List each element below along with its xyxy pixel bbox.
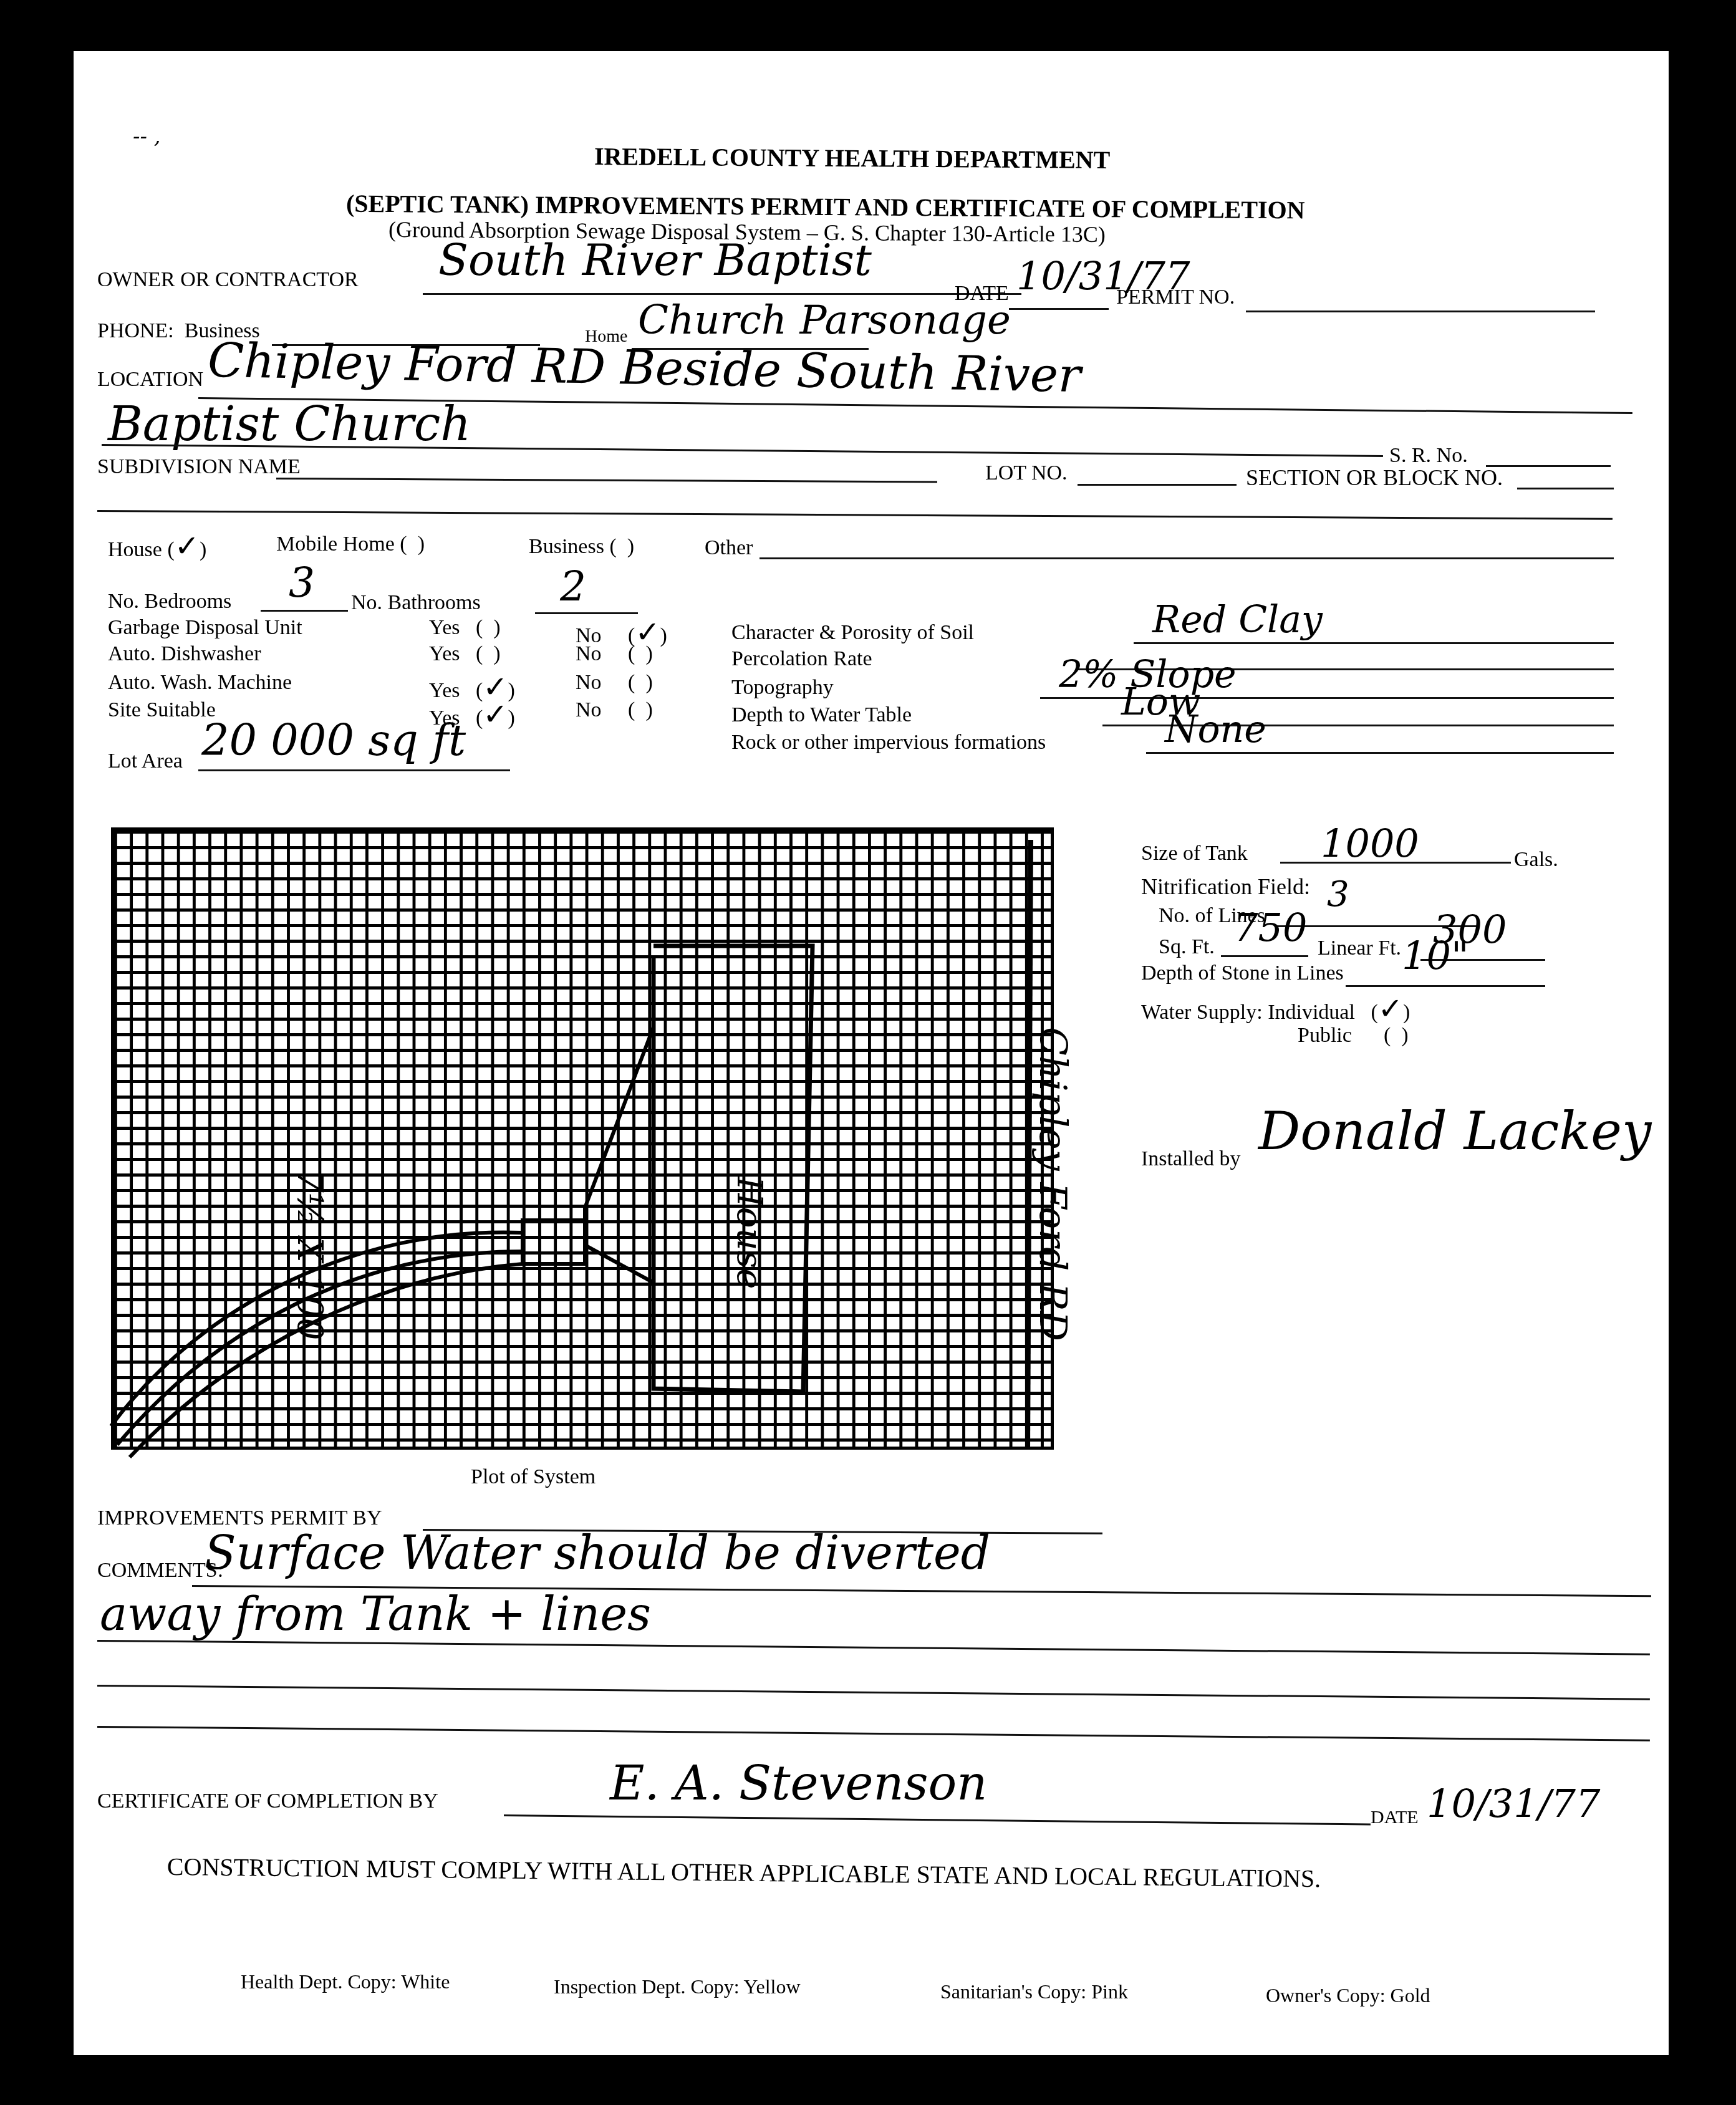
agency-name: IREDELL COUNTY HEALTH DEPARTMENT [594,144,1111,173]
installed-by-label: Installed by [1141,1149,1241,1170]
home-phone-field[interactable]: Church Parsonage [638,301,1011,340]
soil-item-label: Percolation Rate [731,648,872,670]
soil-item-label: Rock or other impervious formations [731,732,1046,753]
business-label: Business [529,535,604,558]
soil-item-label: Topography [731,677,834,698]
owner-label: OWNER OR CONTRACTOR [97,269,359,291]
lot-area-field[interactable]: 20 000 sq ft [201,718,466,762]
bathrooms-label: No. Bathrooms [351,592,481,614]
phone-label-text: PHONE: [97,319,174,342]
tank-size-label: Size of Tank [1141,843,1248,864]
sr-no-label: S. R. No. [1389,445,1468,466]
bathrooms-field[interactable]: 2 [560,566,586,607]
copy-pink: Sanitarian's Copy: Pink [940,1982,1128,2001]
individual-label: Individual [1268,1001,1355,1024]
individual-checkmark-icon: ✓ [1378,991,1403,1026]
no-label: No [576,642,602,665]
stone-depth-field[interactable]: 10" [1402,937,1468,975]
nitrification-field-label: Nitrification Field: [1141,875,1310,898]
certificate-date-label: DATE [1371,1808,1419,1827]
soil-item-value[interactable]: None [1165,711,1266,748]
house-annotation: House [729,1176,769,1289]
sq-ft-label: Sq. Ft. [1159,937,1215,958]
no-option[interactable]: No ( ) [576,643,653,665]
water-supply-label: Water Supply: [1141,1001,1263,1024]
yes-checkmark-icon: ✓ [483,697,508,732]
location-field-line2[interactable]: Baptist Church [108,400,471,448]
location-label: LOCATION [97,369,203,390]
corner-mark: -- , [133,126,161,147]
field-lines-annotation: 7½ X 100 [289,1170,330,1340]
bedrooms-field[interactable]: 3 [289,562,315,604]
installed-by-field[interactable]: Donald Lackey [1258,1105,1651,1157]
lot-no-label: LOT NO. [985,463,1068,484]
bedrooms-label: No. Bedrooms [108,591,231,612]
yes-no-item-label: Garbage Disposal Unit [108,617,302,638]
pipe-line [585,1027,653,1283]
water-supply-individual[interactable]: Water Supply: Individual (✓) [1141,994,1410,1024]
permit-by-label: IMPROVEMENTS PERMIT BY [97,1508,382,1529]
comments-field-line2[interactable]: away from Tank + lines [100,1591,651,1637]
water-supply-public[interactable]: Public ( ) [1298,1025,1409,1046]
permit-no-label: PERMIT NO. [1116,287,1235,308]
building-type-house[interactable]: House (✓) [108,531,206,561]
comments-field-line1[interactable]: Surface Water should be diverted [205,1530,990,1576]
stone-depth-label: Depth of Stone in Lines [1141,963,1344,984]
tank-size-field[interactable]: 1000 [1321,824,1419,863]
yes-no-item-label: Site Suitable [108,700,216,721]
tank-size-unit: Gals. [1514,849,1558,870]
permit-form-page: -- , IREDELL COUNTY HEALTH DEPARTMENT (S… [74,51,1669,2055]
plot-drawing: 7½ X 100 House Chipley Ford RD [111,827,1054,1450]
no-label: No [576,698,602,721]
plot-caption: Plot of System [471,1467,596,1488]
certificate-signature[interactable]: E. A. Stevenson [610,1760,987,1807]
yes-no-item-label: Auto. Dishwasher [108,643,261,665]
soil-item-label: Depth to Water Table [731,705,912,726]
soil-item-label: Character & Porosity of Soil [731,622,974,643]
road-line [1028,840,1031,1450]
road-annotation: Chipley Ford RD [1031,1027,1074,1341]
copy-yellow: Inspection Dept. Copy: Yellow [554,1977,801,1997]
yes-label: Yes [429,616,460,639]
compliance-notice: CONSTRUCTION MUST COMPLY WITH ALL OTHER … [167,1854,1321,1891]
no-option[interactable]: No ( ) [576,672,653,693]
house-checkmark-icon: ✓ [175,529,200,564]
certificate-label: CERTIFICATE OF COMPLETION BY [97,1791,438,1812]
house-outline [653,946,813,1392]
sq-ft-field[interactable]: 750 [1233,908,1307,947]
no-of-lines-field[interactable]: 3 [1327,877,1349,912]
no-option[interactable]: No ( ) [576,700,653,721]
certificate-date-field[interactable]: 10/31/77 [1427,1785,1600,1823]
mobile-home-label: Mobile Home [276,532,395,556]
yes-option[interactable]: Yes ( ) [429,643,501,665]
subdivision-label: SUBDIVISION NAME [97,456,301,478]
house-label: House [108,538,162,561]
tank-shape [523,1220,585,1264]
soil-item-value[interactable]: Red Clay [1152,601,1323,638]
other-label: Other [705,537,753,559]
section-block-label: SECTION OR BLOCK NO. [1246,466,1503,489]
yes-label: Yes [429,679,460,702]
building-type-business[interactable]: Business ( ) [529,536,634,557]
linear-ft-label: Linear Ft. [1318,938,1401,959]
lot-area-label: Lot Area [108,751,183,772]
copy-white: Health Dept. Copy: White [241,1972,450,1992]
yes-option[interactable]: Yes ( ) [429,617,501,638]
location-field-line1[interactable]: Chipley Ford RD Beside South River [207,337,1081,399]
public-label: Public [1298,1024,1352,1047]
yes-label: Yes [429,642,460,665]
building-type-mobile-home[interactable]: Mobile Home ( ) [276,534,425,555]
no-label: No [576,671,602,694]
copy-gold: Owner's Copy: Gold [1266,1985,1430,2005]
yes-no-item-label: Auto. Wash. Machine [108,672,292,693]
owner-field[interactable]: South River Baptist [438,238,872,282]
